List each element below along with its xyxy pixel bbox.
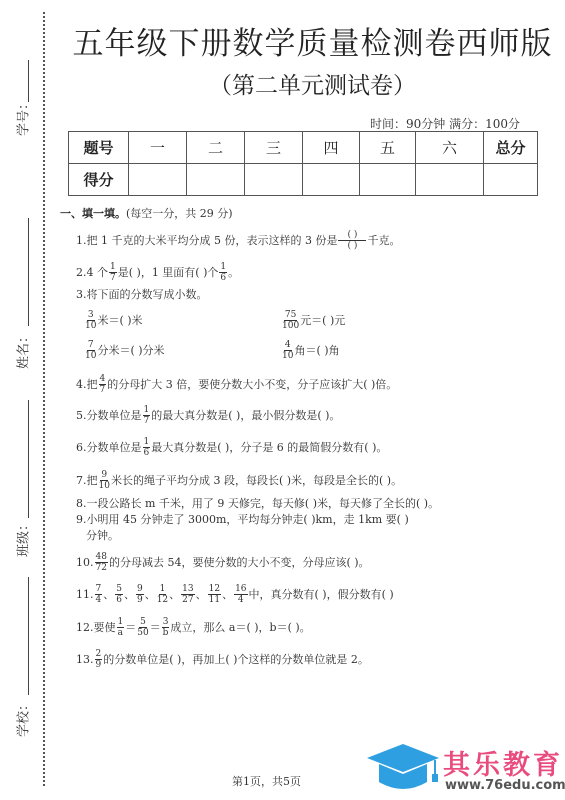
- question-12: 12. 要使 1a ＝ 550 ＝ 3b 成立，那么 a＝( )，b＝( )。: [76, 617, 311, 638]
- numerator: 75: [284, 310, 297, 321]
- numerator: 7: [87, 340, 95, 351]
- denominator: ( ): [339, 241, 365, 251]
- denominator: 7: [100, 385, 106, 395]
- numerator: 9: [136, 584, 144, 595]
- fraction: 4 7: [99, 374, 107, 395]
- question-text: 的分母扩大 3 倍，要使分数大小不变，分子应该扩大( )倍。: [107, 378, 397, 392]
- question-text: 是( )，1 里面有( )个: [118, 266, 219, 280]
- numerator: 3: [162, 617, 170, 628]
- fraction: 1 7: [143, 405, 151, 426]
- col-header-4: 四: [303, 132, 360, 164]
- graduation-cap-icon: [365, 740, 445, 796]
- col-header-2: 二: [187, 132, 245, 164]
- fraction: 1211: [208, 584, 221, 605]
- question-text: 的分数单位是( )，再加上( )个这样的分数单位就是 2。: [103, 653, 369, 667]
- question-text: 的最大真分数是( )，最小假分数是( )。: [151, 409, 340, 423]
- denominator: a: [118, 628, 123, 638]
- question-number: 3.: [76, 288, 87, 302]
- question-1: 1. 把 1 千克的大米平均分成 5 份，表示这样的 3 份是 ( ) ( ) …: [76, 230, 400, 251]
- numerator: 1: [109, 262, 117, 273]
- page-subtitle: （第二单元测试卷）: [60, 72, 565, 100]
- score-cell-2[interactable]: [187, 164, 245, 196]
- question-4: 4. 把 4 7 的分母扩大 3 倍，要使分数大小不变，分子应该扩大( )倍。: [76, 374, 397, 395]
- question-text: 把: [87, 378, 98, 392]
- question-5: 5. 分数单位是 1 7 的最大真分数是( )，最小假分数是( )。: [76, 405, 340, 426]
- question-text: 分钟。: [86, 529, 119, 543]
- col-header-3: 三: [245, 132, 303, 164]
- fraction: 1 6: [219, 262, 227, 283]
- class-label: 班级：: [13, 518, 32, 558]
- question-number: 13.: [76, 653, 94, 667]
- question-number: 11.: [76, 588, 94, 602]
- question-text: 要使: [94, 621, 116, 635]
- fraction: 9 10: [99, 470, 110, 491]
- col-header-1: 一: [129, 132, 187, 164]
- question-number: 12.: [76, 621, 94, 635]
- denominator: 7: [144, 416, 150, 426]
- fraction: 1 6: [143, 437, 151, 458]
- name-label: 姓名：: [13, 330, 32, 370]
- name-line: [28, 218, 29, 326]
- denominator: 9: [137, 595, 143, 605]
- section-1-heading: 一、填一填。 (每空一分，共 29 分): [60, 207, 233, 221]
- question-text: 角＝( )角: [294, 344, 339, 358]
- denominator: 10: [85, 321, 96, 331]
- question-text: 米＝( )米: [97, 314, 142, 328]
- numerator: 16: [234, 584, 247, 595]
- student-id-label: 学号：: [13, 97, 32, 137]
- col-header-5: 五: [360, 132, 416, 164]
- brand-url: www.76edu.com: [445, 778, 565, 793]
- question-text: 千克。: [367, 234, 400, 248]
- numerator: 1: [143, 437, 151, 448]
- section-1-note: (每空一分，共 29 分): [126, 207, 233, 221]
- question-number: 5.: [76, 409, 87, 423]
- question-9-continuation: 分钟。: [86, 529, 119, 543]
- question-text: 小明用 45 分钟走了 3000m，平均每分钟走( )km，走 1km 要( ): [87, 513, 409, 527]
- equals-sign: ＝: [150, 621, 161, 635]
- numerator: 2: [95, 649, 103, 660]
- equals-sign: ＝: [125, 621, 136, 635]
- question-text: 中，真分数有( )，假分数有( ): [249, 588, 394, 602]
- denominator: 10: [99, 481, 110, 491]
- question-text: 米长的绳子平均分成 3 段，每段长( )米，每段是全长的( )。: [111, 474, 402, 488]
- numerator: 1: [219, 262, 227, 273]
- numerator: 3: [87, 310, 95, 321]
- fraction: 3b: [162, 617, 170, 638]
- question-number: 8.: [76, 497, 87, 511]
- denominator: 10: [282, 351, 293, 361]
- row-header-score: 得分: [69, 164, 129, 196]
- question-text: 分数单位是: [87, 441, 142, 455]
- question-text: 一段公路长 m 千米，用了 9 天修完，每天修( )米，每天修了全长的( )。: [87, 497, 440, 511]
- fraction: 56: [115, 584, 123, 605]
- question-number: 9.: [76, 513, 87, 527]
- score-cell-1[interactable]: [129, 164, 187, 196]
- question-text: 元＝( )元: [300, 314, 345, 328]
- fraction: 7 10: [85, 340, 96, 361]
- question-3-item-1: 3 10 米＝( )米: [84, 310, 143, 331]
- question-text: 的分母减去 54，要使分数的大小不变，分母应该( )。: [109, 556, 370, 570]
- numerator: 4: [284, 340, 292, 351]
- question-8: 8. 一段公路长 m 千米，用了 9 天修完，每天修( )米，每天修了全长的( …: [76, 497, 439, 511]
- question-text: 成立，那么 a＝( )，b＝( )。: [170, 621, 310, 635]
- denominator: 12: [157, 595, 168, 605]
- numerator: 1: [159, 584, 167, 595]
- numerator: 7: [95, 584, 103, 595]
- denominator: 50: [137, 628, 148, 638]
- question-3-item-3: 7 10 分米＝( )分米: [84, 340, 165, 361]
- question-text: 。: [228, 266, 239, 280]
- score-cell-4[interactable]: [303, 164, 360, 196]
- question-text: 4 个: [87, 266, 109, 280]
- fraction: 1a: [117, 617, 125, 638]
- fraction: 550: [137, 617, 148, 638]
- page-number: 第1页，共5页: [232, 773, 301, 789]
- numerator: ( ): [338, 230, 366, 241]
- watermark-logo: 其乐教育 www.76edu.com: [365, 740, 565, 798]
- score-table: 题号 一 二 三 四 五 六 总分 得分: [68, 131, 538, 196]
- question-text: 将下面的分数写成小数。: [87, 288, 208, 302]
- score-cell-6[interactable]: [416, 164, 484, 196]
- denominator: 7: [110, 273, 116, 283]
- denominator: 9: [96, 660, 102, 670]
- score-table-score-row: 得分: [69, 164, 538, 196]
- question-number: 4.: [76, 378, 87, 392]
- fraction: 74: [95, 584, 103, 605]
- numerator: 5: [115, 584, 123, 595]
- score-cell-3[interactable]: [245, 164, 303, 196]
- numerator: 4: [99, 374, 107, 385]
- fraction: 48 72: [95, 552, 108, 573]
- numerator: 9: [100, 470, 108, 481]
- school-label: 学校：: [13, 698, 32, 738]
- question-3-item-4: 4 10 角＝( )角: [281, 340, 340, 361]
- binding-dotted-line: [43, 12, 45, 786]
- col-header-total: 总分: [484, 132, 538, 164]
- question-10: 10. 48 72 的分母减去 54，要使分数的大小不变，分母应该( )。: [76, 552, 370, 573]
- denominator: 4: [96, 595, 102, 605]
- fraction: 164: [234, 584, 247, 605]
- question-number: 1.: [76, 234, 87, 248]
- numerator: 48: [95, 552, 108, 563]
- fraction: 75 100: [282, 310, 299, 331]
- denominator: 72: [96, 563, 107, 573]
- question-7: 7. 把 9 10 米长的绳子平均分成 3 段，每段长( )米，每段是全长的( …: [76, 470, 402, 491]
- brand-name: 其乐教育: [443, 743, 563, 782]
- numerator: 1: [117, 617, 125, 628]
- denominator: b: [163, 628, 169, 638]
- denominator: 6: [220, 273, 226, 283]
- question-11: 11. 74、 56、 99、 112、 1327、 1211、 164 中，真…: [76, 584, 394, 605]
- denominator: 4: [238, 595, 244, 605]
- fraction: 3 10: [85, 310, 96, 331]
- question-text: 分数单位是: [87, 409, 142, 423]
- class-line: [28, 400, 29, 518]
- fraction-answer-blank[interactable]: ( ) ( ): [338, 230, 366, 251]
- question-3-item-2: 75 100 元＝( )元: [281, 310, 345, 331]
- fraction: 1327: [181, 584, 194, 605]
- numerator: 5: [139, 617, 147, 628]
- denominator: 100: [282, 321, 299, 331]
- denominator: 6: [116, 595, 122, 605]
- question-text: 最大真分数是( )，分子是 6 的最简假分数有( )。: [151, 441, 387, 455]
- denominator: 10: [85, 351, 96, 361]
- denominator: 6: [144, 448, 150, 458]
- numerator: 12: [208, 584, 221, 595]
- question-13: 13. 29 的分数单位是( )，再加上( )个这样的分数单位就是 2。: [76, 649, 369, 670]
- score-table-header-row: 题号 一 二 三 四 五 六 总分: [69, 132, 538, 164]
- question-number: 7.: [76, 474, 87, 488]
- numerator: 13: [181, 584, 194, 595]
- question-9: 9. 小明用 45 分钟走了 3000m，平均每分钟走( )km，走 1km 要…: [76, 513, 409, 527]
- school-line: [28, 577, 29, 695]
- fraction: 99: [136, 584, 144, 605]
- page-title: 五年级下册数学质量检测卷西师版: [60, 26, 565, 62]
- time-info: 时间：90分钟 满分：100分: [370, 115, 520, 132]
- fraction: 29: [95, 649, 103, 670]
- denominator: 11: [209, 595, 220, 605]
- question-number: 10.: [76, 556, 94, 570]
- question-text: 分米＝( )分米: [97, 344, 164, 358]
- question-number: 2.: [76, 266, 87, 280]
- fraction: 112: [157, 584, 168, 605]
- fraction: 4 10: [282, 340, 293, 361]
- section-1-title: 一、填一填。: [60, 207, 126, 221]
- row-header-question-number: 题号: [69, 132, 129, 164]
- denominator: 27: [182, 595, 193, 605]
- question-text: 把: [87, 474, 98, 488]
- col-header-6: 六: [416, 132, 484, 164]
- question-3: 3. 将下面的分数写成小数。: [76, 288, 208, 302]
- question-2: 2. 4 个 1 7 是( )，1 里面有( )个 1 6 。: [76, 262, 239, 283]
- question-text: 把 1 千克的大米平均分成 5 份，表示这样的 3 份是: [87, 234, 338, 248]
- score-cell-5[interactable]: [360, 164, 416, 196]
- numerator: 1: [143, 405, 151, 416]
- question-6: 6. 分数单位是 1 6 最大真分数是( )，分子是 6 的最简假分数有( )。: [76, 437, 387, 458]
- question-number: 6.: [76, 441, 87, 455]
- score-cell-total[interactable]: [484, 164, 538, 196]
- fraction: 1 7: [109, 262, 117, 283]
